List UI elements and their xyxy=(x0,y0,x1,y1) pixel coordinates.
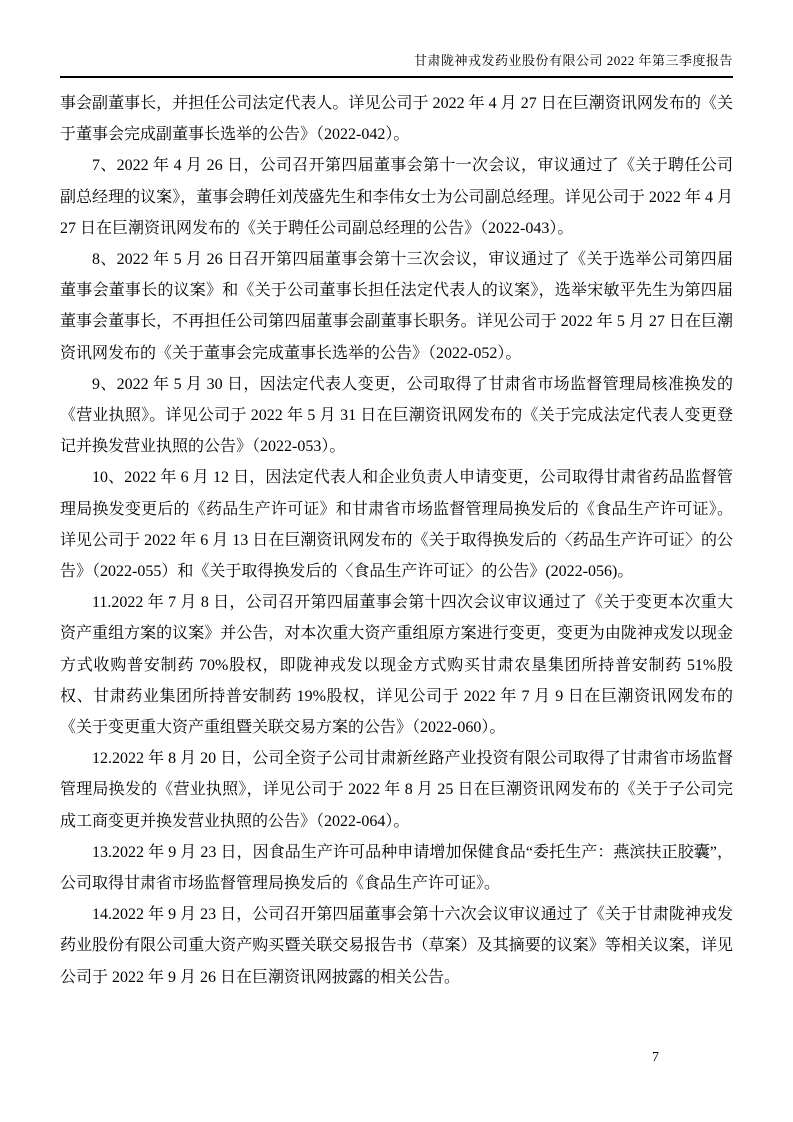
paragraph: 11.2022 年 7 月 8 日，公司召开第四届董事会第十四次会议审议通过了《… xyxy=(60,587,733,743)
paragraph: 14.2022 年 9 月 23 日，公司召开第四届董事会第十六次会议审议通过了… xyxy=(60,899,733,993)
paragraph: 8、2022 年 5 月 26 日召开第四届董事会第十三次会议，审议通过了《关于… xyxy=(60,244,733,369)
document-page: 甘肃陇神戎发药业股份有限公司 2022 年第三季度报告 事会副董事长，并担任公司… xyxy=(0,0,793,1122)
paragraph: 7、2022 年 4 月 26 日，公司召开第四届董事会第十一次会议，审议通过了… xyxy=(60,150,733,244)
paragraph: 10、2022 年 6 月 12 日，因法定代表人和企业负责人申请变更，公司取得… xyxy=(60,462,733,587)
paragraph: 事会副董事长，并担任公司法定代表人。详见公司于 2022 年 4 月 27 日在… xyxy=(60,88,733,150)
page-number: 7 xyxy=(652,1050,659,1066)
page-header: 甘肃陇神戎发药业股份有限公司 2022 年第三季度报告 xyxy=(60,0,733,78)
page-body: 甘肃陇神戎发药业股份有限公司 2022 年第三季度报告 事会副董事长，并担任公司… xyxy=(60,0,733,1122)
report-text-content: 事会副董事长，并担任公司法定代表人。详见公司于 2022 年 4 月 27 日在… xyxy=(60,78,733,993)
paragraph: 13.2022 年 9 月 23 日，因食品生产许可品种申请增加保健食品“委托生… xyxy=(60,837,733,899)
paragraph: 12.2022 年 8 月 20 日，公司全资子公司甘肃新丝路产业投资有限公司取… xyxy=(60,743,733,837)
report-header-title: 甘肃陇神戎发药业股份有限公司 2022 年第三季度报告 xyxy=(60,50,733,69)
paragraph: 9、2022 年 5 月 30 日，因法定代表人变更，公司取得了甘肃省市场监督管… xyxy=(60,369,733,463)
